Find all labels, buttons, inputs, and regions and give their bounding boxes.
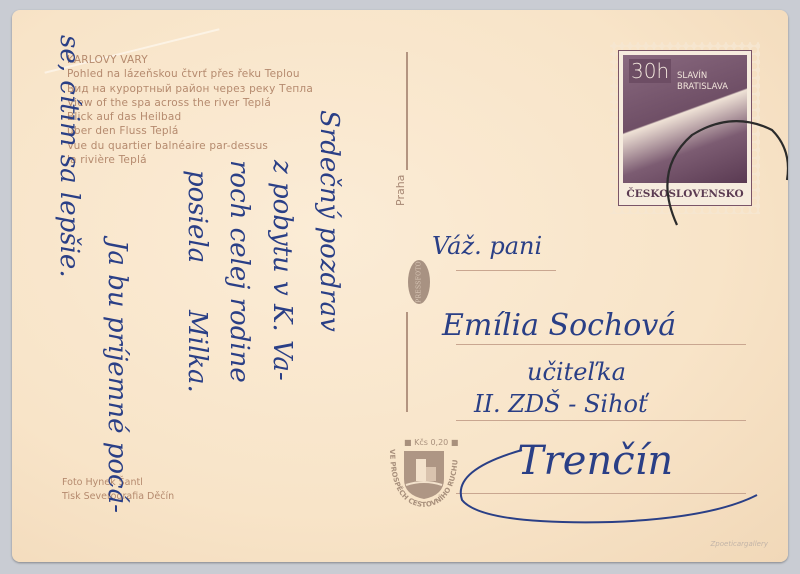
postcard: KARLOVY VARY Pohled na lázeňskou čtvrť p… — [12, 10, 788, 562]
city-flourish-icon — [12, 10, 788, 562]
watermark: Zpoeticargallery — [711, 540, 768, 548]
